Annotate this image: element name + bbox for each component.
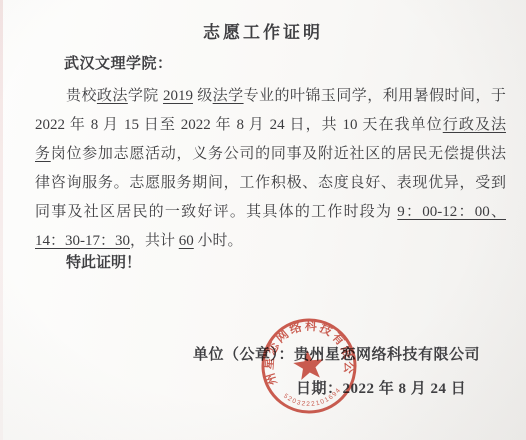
underlined-text: 行政及法 xyxy=(443,117,506,133)
underlined-text: 2019 xyxy=(163,88,193,104)
body-text: 专业的叶锦玉同学，利用暑假时间，于 xyxy=(244,88,506,104)
body-text: 贵校 xyxy=(66,88,97,104)
closing-statement: 特此证明！ xyxy=(66,251,141,272)
underlined-text: 9：00-12：00、 xyxy=(397,204,506,220)
body-line: 贵校政法学院 2019 级法学专业的叶锦玉同学，利用暑假时间，于 xyxy=(35,82,506,111)
underlined-text: 14：30-17：30 xyxy=(35,233,130,249)
body-text: 学院 xyxy=(128,88,163,104)
seal-star-icon xyxy=(292,348,326,380)
body-text: 律咨询服务。志愿服务期间，工作积极、态度良好、表现优异，受到 xyxy=(35,175,506,191)
svg-text:贵州星恋网络科技有限公司: 贵州星恋网络科技有限公司 xyxy=(240,297,358,390)
document-title: 志愿工作证明 xyxy=(0,18,526,43)
certificate-document: 志愿工作证明 武汉文理学院： 贵校政法学院 2019 级法学专业的叶锦玉同学，利… xyxy=(0,0,526,440)
underlined-text: 60 xyxy=(179,233,194,249)
body-line: 同事及社区居民的一致好评。其具体的工作时段为 9：00-12：00、 xyxy=(35,198,506,227)
seal-company-arc-text: 贵州星恋网络科技有限公司 xyxy=(240,297,358,390)
underlined-text: 政法 xyxy=(97,88,128,104)
salutation: 武汉文理学院： xyxy=(64,52,173,73)
body-text: ，共计 xyxy=(130,233,179,249)
body-text: 岗位参加志愿活动，义务公司的同事及附近社区的居民无偿提供法 xyxy=(51,146,506,162)
body-text: 小时。 xyxy=(194,233,243,249)
body-line: 2022 年 8 月 15 日至 2022 年 8 月 24 日，共 10 天在… xyxy=(35,111,506,140)
body-paragraph: 贵校政法学院 2019 级法学专业的叶锦玉同学，利用暑假时间，于2022 年 8… xyxy=(35,82,506,256)
body-text: 同事及社区居民的一致好评。其具体的工作时段为 xyxy=(35,204,397,220)
underlined-text: 法学 xyxy=(213,88,244,104)
body-text: 级 xyxy=(193,88,213,104)
body-line: 务岗位参加志愿活动，义务公司的同事及附近社区的居民无偿提供法 xyxy=(35,140,506,169)
underlined-text: 务 xyxy=(35,146,51,162)
body-line: 律咨询服务。志愿服务期间，工作积极、态度良好、表现优异，受到 xyxy=(35,169,506,198)
body-text: 2022 年 8 月 15 日至 2022 年 8 月 24 日，共 10 天在… xyxy=(35,117,443,133)
company-seal-stamp: 贵州星恋网络科技有限公司 5203222101694 xyxy=(240,297,378,435)
